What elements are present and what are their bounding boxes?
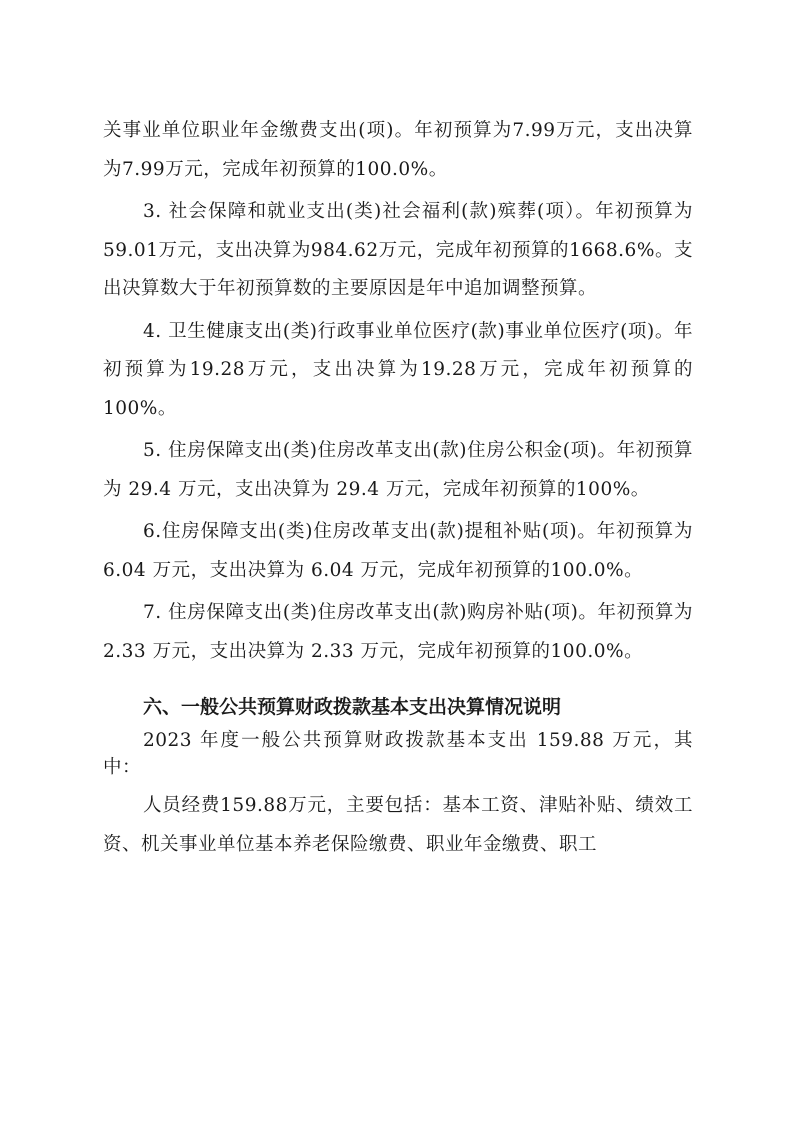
paragraph-continuation: 关事业单位职业年金缴费支出(项)。年初预算为7.99万元，支出决算为7.99万元… bbox=[103, 112, 693, 189]
paragraph-item-6: 6.住房保障支出(类)住房改革支出(款)提租补贴(项)。年初预算为 6.04 万… bbox=[103, 513, 693, 590]
section-heading: 六、一般公共预算财政拨款基本支出决算情况说明 bbox=[103, 687, 693, 727]
section-paragraph-total: 2023 年度一般公共预算财政拨款基本支出 159.88 万元，其中： bbox=[103, 727, 693, 781]
section-paragraph-personnel: 人员经费159.88万元，主要包括：基本工资、津贴补贴、绩效工资、机关事业单位基… bbox=[103, 787, 693, 864]
paragraph-item-4: 4. 卫生健康支出(类)行政事业单位医疗(款)事业单位医疗(项)。年初预算为19… bbox=[103, 313, 693, 429]
paragraph-item-7: 7. 住房保障支出(类)住房改革支出(款)购房补贴(项)。年初预算为 2.33 … bbox=[103, 594, 693, 671]
paragraph-item-5: 5. 住房保障支出(类)住房改革支出(款)住房公积金(项)。年初预算为 29.4… bbox=[103, 432, 693, 509]
paragraph-item-3: 3. 社会保障和就业支出(类)社会福利(款)殡葬(项）。年初预算为59.01万元… bbox=[103, 193, 693, 309]
document-page: 关事业单位职业年金缴费支出(项)。年初预算为7.99万元，支出决算为7.99万元… bbox=[103, 112, 693, 864]
